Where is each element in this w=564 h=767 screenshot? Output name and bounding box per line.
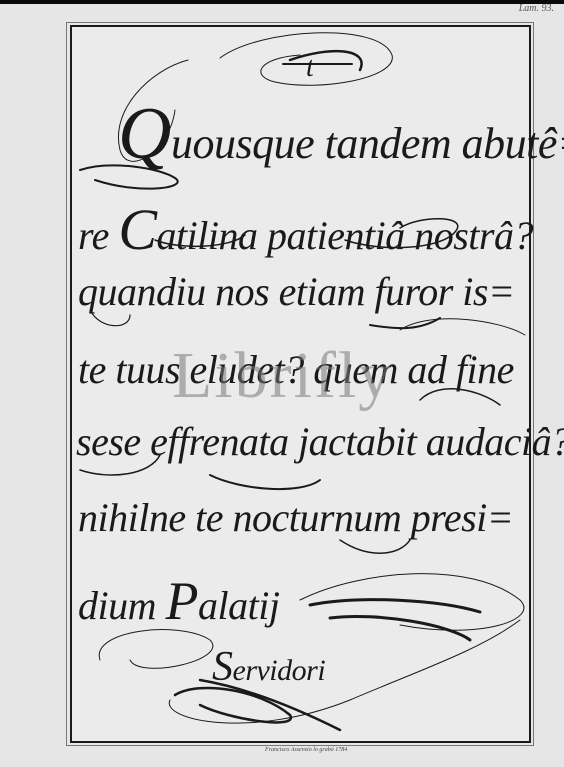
line-text: uousque tandem abutê= (171, 119, 564, 168)
calligraphy-line-5: sese effrenata jactabit audaciâ? (76, 418, 564, 465)
initial-capital: Q (118, 93, 171, 175)
line-text: re (78, 213, 118, 258)
calligraphy-line-2: re Catilina patientiâ nostrâ? (78, 196, 533, 263)
calligraphy-line-3: quandiu nos etiam furor is= (78, 268, 514, 315)
line-text: dium (78, 583, 166, 628)
calligraphy-line-6: nihilne te nocturnum presi= (78, 494, 513, 541)
engraver-credit: Francisco Assensio lo grabó 1784 (265, 747, 347, 753)
heading-mark: t (306, 52, 314, 84)
watermark: Librifly (172, 338, 393, 414)
initial-capital: S (212, 644, 233, 690)
calligraphy-line-7: dium Palatij (78, 570, 279, 632)
line-text-continued: atilina patientiâ nostrâ? (157, 213, 533, 258)
signature-servidori: Servidori (212, 643, 325, 691)
signature-text: ervidori (233, 654, 326, 687)
initial-capital: P (166, 571, 199, 631)
initial-capital: C (118, 197, 156, 262)
line-text-continued: alatij (198, 583, 279, 628)
calligraphy-line-1: Quousque tandem abutê= (118, 92, 564, 177)
